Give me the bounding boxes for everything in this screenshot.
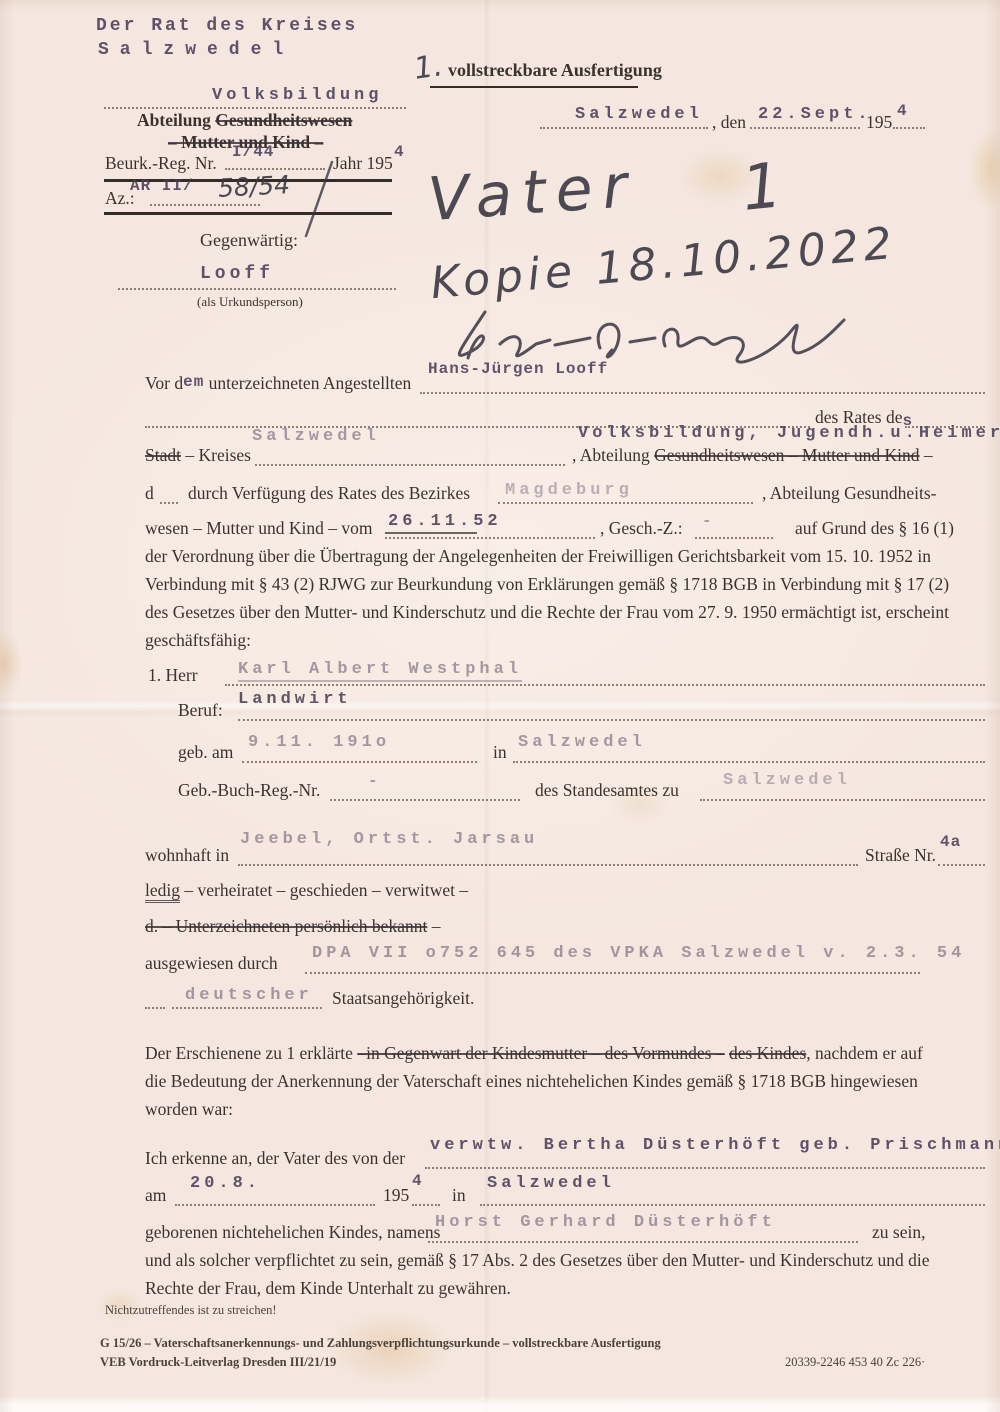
ack-l1-dots <box>425 1166 985 1169</box>
intro-dotline <box>420 391 985 394</box>
place-typed: Salzwedel <box>575 105 703 124</box>
footer-form-id: G 15/26 – Vaterschaftsanerkennungs- und … <box>100 1336 661 1351</box>
footer-print-code: 20339-2246 453 40 Zc 226· <box>785 1355 925 1370</box>
verf-date-underline <box>385 532 477 534</box>
reg-value-typed: I/44 <box>232 143 274 161</box>
exec-copy-title: vollstreckbare Ausfertigung <box>448 60 662 81</box>
strasse-typed: 4a <box>940 833 961 851</box>
regnr-dots <box>330 798 520 801</box>
geb-dots <box>242 760 477 763</box>
dept-dotline <box>104 106 406 109</box>
verf-dotline <box>498 501 753 504</box>
verf-tail: , Abteilung Gesundheits- <box>762 483 937 504</box>
handwritten-note-number: 1 <box>738 148 785 225</box>
child-typed: Horst Gerhard Düsterhöft <box>435 1213 776 1232</box>
bekannt-struck: d. – Unterzeichneten persönlich bekannt <box>145 916 427 936</box>
intro-typed-em: em <box>183 373 204 391</box>
gebort-dots <box>513 760 985 763</box>
dept-label: Abteilung <box>137 110 211 130</box>
den-label: , den <box>712 112 746 133</box>
handwritten-copy-number: 1. <box>412 48 445 87</box>
beruf-typed: Landwirt <box>238 690 352 709</box>
present-name-typed: Looff <box>200 264 274 284</box>
year-dotline <box>893 126 925 129</box>
strasse-label: Straße Nr. <box>865 845 936 866</box>
legal-line-3: des Gesetzes über den Mutter- und Kinder… <box>145 602 987 623</box>
person-no: 1. Herr <box>148 665 198 686</box>
az-dotline <box>150 203 260 206</box>
beruf-label: Beruf: <box>178 700 223 721</box>
intro-before: Vor d <box>145 373 183 393</box>
verf-l2a: wesen – Mutter und Kind – vom <box>145 518 372 539</box>
ack-year-dots <box>412 1203 440 1206</box>
ack-am-typed: 20.8. <box>190 1174 261 1193</box>
dept-struck: Gesundheitswesen <box>215 110 352 130</box>
ack-am-label: am <box>145 1185 166 1206</box>
scanned-document: Der Rat des Kreises Salzwedel 1. vollstr… <box>0 0 1000 1412</box>
legal-line-4: geschäftsfähig: <box>145 630 251 651</box>
decl-l1-struck: –in Gegenwart der Kindesmutter – des Vor… <box>357 1043 724 1063</box>
verf-d-dots <box>160 501 178 504</box>
issuer-stamp-line1: Der Rat des Kreises <box>96 16 358 36</box>
handwritten-note-copy-date: Kopie 18.10.2022 <box>429 218 899 310</box>
verf-label: durch Verfügung des Rates des Bezirkes <box>188 483 470 504</box>
ack-l4: und als solcher verpflichtet zu sein, ge… <box>145 1250 987 1271</box>
legal-line-1: der Verordnung über die Übertragung der … <box>145 546 987 567</box>
handwritten-note-vater: Vater <box>426 151 639 235</box>
ack-born-label: geborenen nichtehelichen Kindes, namens <box>145 1222 440 1243</box>
wohn-dots <box>238 863 858 866</box>
verf-d: d <box>145 483 154 504</box>
stadt-struck: Stadt <box>145 445 181 465</box>
reg-year-typed: 4 <box>394 143 405 161</box>
person-name-dots <box>225 683 985 686</box>
verf-l2c: auf Grund des § 16 (1) <box>795 518 954 539</box>
az-handwritten: 58/54 <box>217 170 290 203</box>
year-typed: 4 <box>897 102 908 120</box>
staat-label: Staatsangehörigkeit. <box>332 988 474 1009</box>
place-dotline <box>540 126 708 129</box>
issuer-stamp-line2: Salzwedel <box>98 40 294 60</box>
legal-line-2: Verbindung mit § 43 (2) RJWG zur Beurkun… <box>145 574 987 595</box>
decl-l2: die Bedeutung der Anerkennung der Vaters… <box>145 1071 987 1092</box>
footer-publisher: VEB Vordruck-Leitverlag Dresden III/21/1… <box>100 1355 336 1370</box>
decl-l3: worden war: <box>145 1099 233 1120</box>
stadt-dotline <box>255 463 565 466</box>
staat-dots2 <box>172 1006 322 1009</box>
official-name-typed: Hans-Jürgen Looff <box>428 360 608 378</box>
ausg-label: ausgewiesen durch <box>145 953 278 974</box>
ack-year-typed: 4 <box>412 1172 423 1190</box>
rates-abt-struck: Gesundheitswesen – Mutter und Kind <box>654 445 919 465</box>
beruf-dots <box>238 718 985 721</box>
ausg-typed: DPA VII o752 645 des VPKA Salzwedel v. 2… <box>312 944 965 963</box>
date-dotline <box>750 126 860 129</box>
rates-typed-dept: Volksbildung, Jugendh.u.Heimerz. <box>578 424 1000 443</box>
ack-in-label: in <box>452 1185 466 1206</box>
az-typed: AR II/ <box>130 177 194 195</box>
intro-after: unterzeichneten Angestellten <box>209 373 412 393</box>
decl-l1a: Der Erschienene zu 1 erklärte <box>145 1043 353 1063</box>
stadt-rest: – Kreises <box>185 445 251 465</box>
ack-place-typed: Salzwedel <box>487 1174 615 1193</box>
decl-l1-struck2: des Kindes <box>729 1043 806 1063</box>
status-ledig: ledig <box>145 880 180 903</box>
geb-label: geb. am <box>178 742 233 763</box>
present-dotline <box>118 287 396 290</box>
rates-abt-label: , Abteilung <box>572 445 650 465</box>
ausg-dots <box>305 971 920 974</box>
stadt-typed: Salzwedel <box>252 427 380 446</box>
bekannt-tail: – <box>432 916 441 936</box>
mother-typed: verwtw. Bertha Düsterhöft geb. Prischman… <box>430 1136 1000 1155</box>
standesamt-dots <box>700 798 985 801</box>
present-role: (als Urkundsperson) <box>197 294 303 310</box>
regnr-label: Geb.-Buch-Reg.-Nr. <box>178 780 320 801</box>
ack-l5: Rechte der Frau, dem Kinde Unterhalt zu … <box>145 1278 511 1299</box>
person-name-typed: Karl Albert Westphal <box>238 660 522 682</box>
geb-in-label: in <box>493 742 507 763</box>
verf-geschz-dots <box>695 536 773 539</box>
handwritten-slash <box>300 160 340 240</box>
gebort-typed: Salzwedel <box>518 733 646 752</box>
ack-l1: Ich erkenne an, der Vater des von der <box>145 1148 405 1169</box>
present-label: Gegenwärtig: <box>200 230 298 251</box>
ack-am-dots <box>175 1203 375 1206</box>
ack-born-tail: zu sein, <box>872 1222 925 1243</box>
reg-label: Beurk.-Reg. Nr. <box>105 153 217 174</box>
verf-date-typed: 26.11.52 <box>388 512 502 531</box>
regnr-typed: - <box>368 772 379 790</box>
reg-year-label: Jahr 195 <box>333 153 393 174</box>
decl-l1b: , nachdem er auf <box>806 1043 923 1063</box>
verf-geschz-typed: - <box>702 512 713 530</box>
child-dots <box>428 1240 858 1243</box>
strasse-dots <box>938 863 985 866</box>
date-typed: 22.Sept. <box>758 105 872 124</box>
exec-underline <box>430 86 638 88</box>
wohn-label: wohnhaft in <box>145 845 229 866</box>
wohn-typed: Jeebel, Ortst. Jarsau <box>240 830 538 849</box>
ack-year-label: 195 <box>383 1185 409 1206</box>
verf-typed-magdeburg: Magdeburg <box>505 481 633 500</box>
footer-note: Nichtzutreffendes ist zu streichen! <box>105 1303 277 1318</box>
year-label: 195 <box>866 112 892 133</box>
staat-typed: deutscher <box>185 986 313 1005</box>
verf-l2b: , Gesch.-Z.: <box>600 518 683 539</box>
standesamt-label: des Standesamtes zu <box>535 780 679 801</box>
standesamt-typed: Salzwedel <box>723 771 851 790</box>
ack-place-dots <box>480 1203 985 1206</box>
dept-typed-volksbildung: Volksbildung <box>212 86 382 105</box>
header-rule-2 <box>104 212 392 215</box>
status-rest: – verheiratet – geschieden – verwitwet – <box>184 880 468 900</box>
verf-date-dots <box>385 536 595 539</box>
geb-typed: 9.11. 191o <box>248 733 390 752</box>
staat-dots1 <box>145 1006 165 1009</box>
rates-abt-tail: – <box>924 445 933 465</box>
